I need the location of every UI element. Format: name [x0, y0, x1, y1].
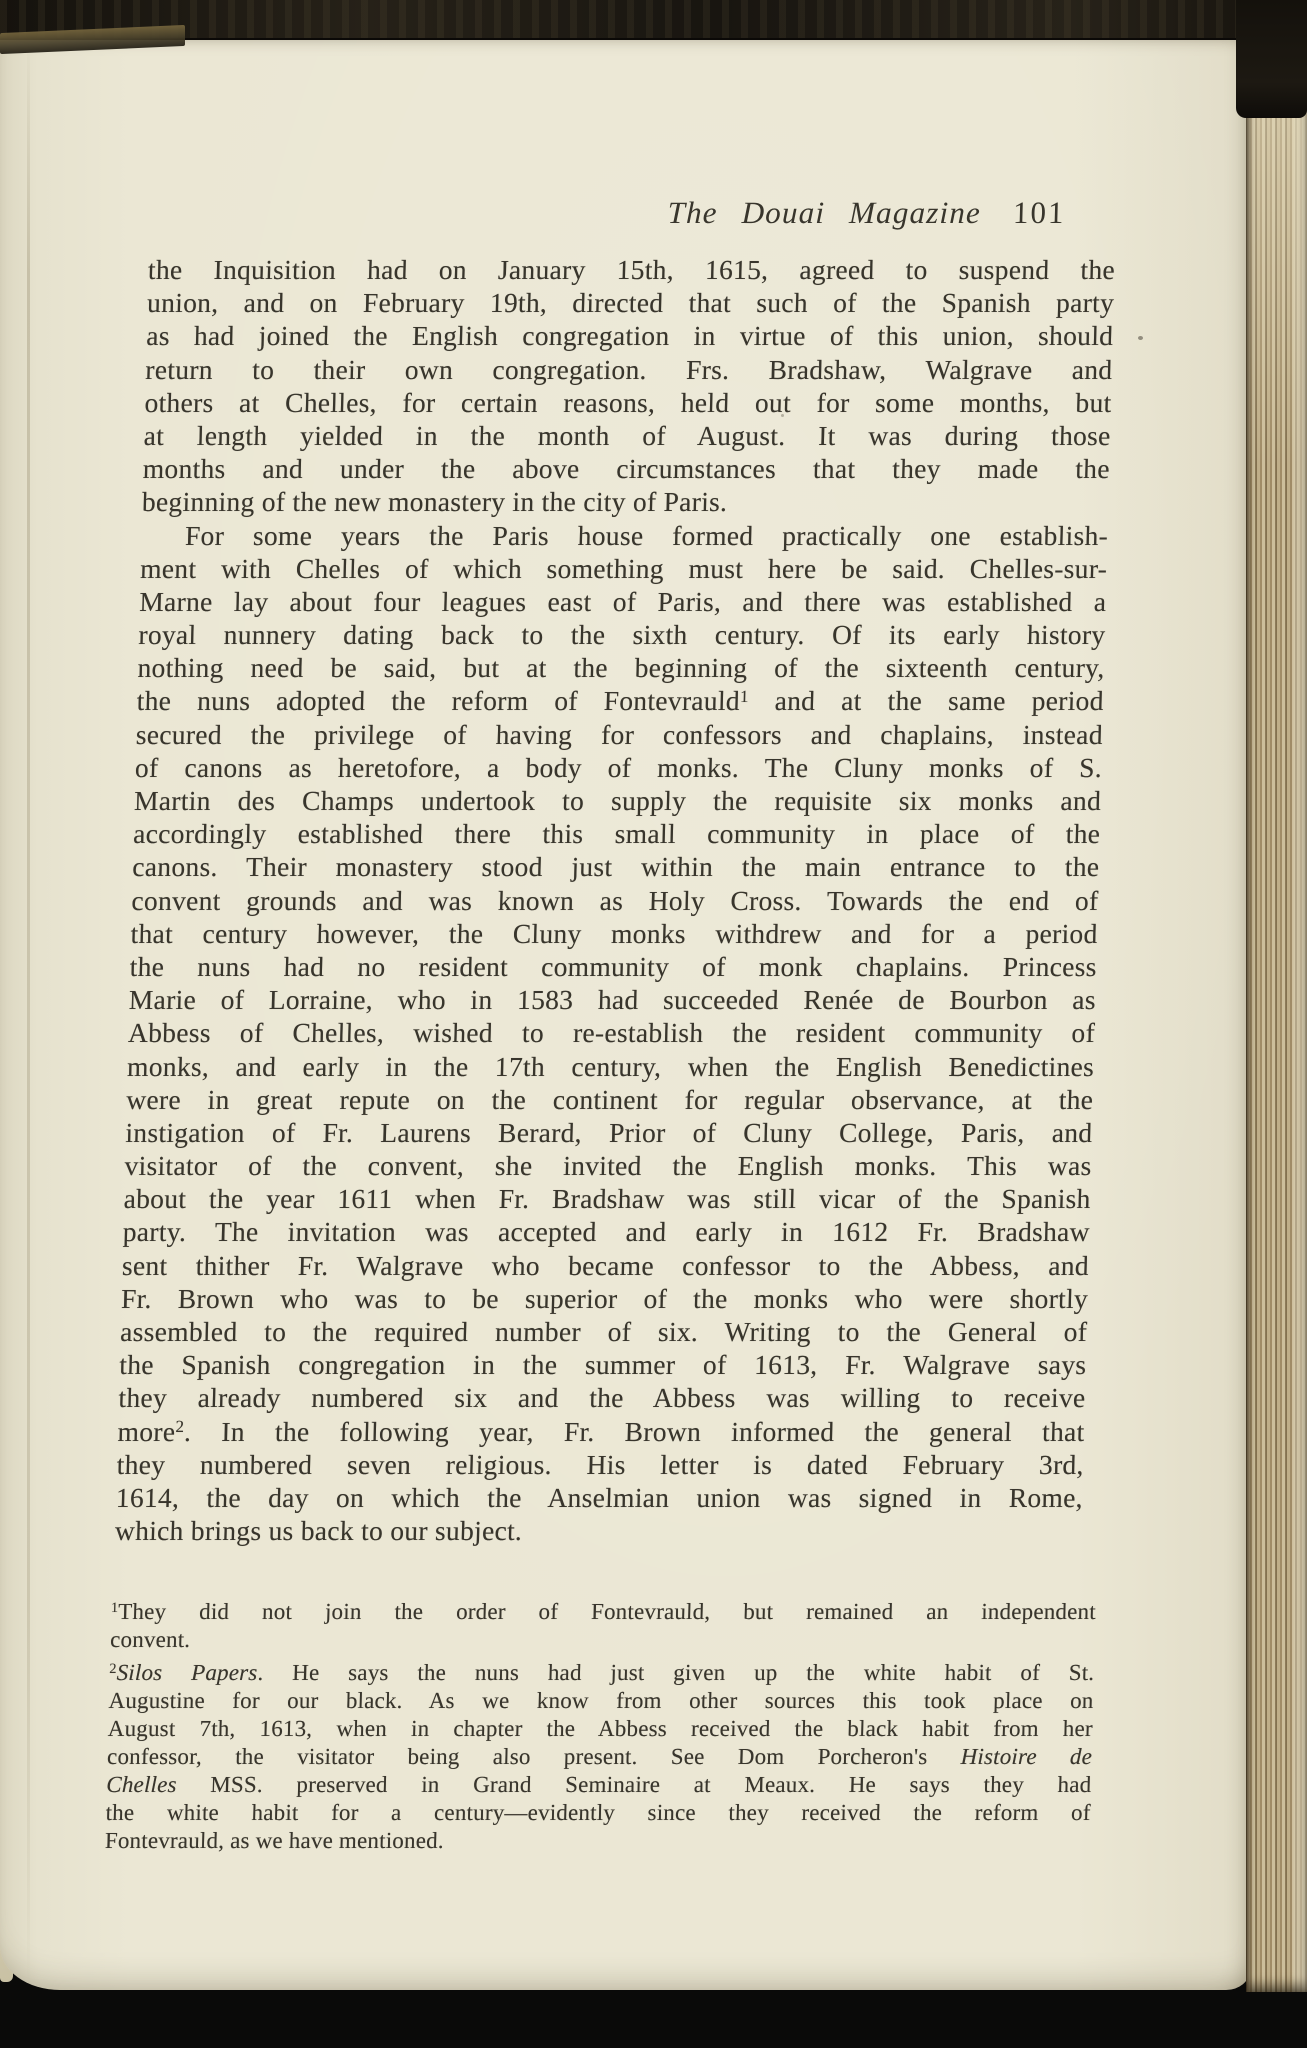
page-gutter-fold [27, 36, 30, 1990]
text-line: August 7th, 1613, when in chapter the Ab… [107, 1715, 1093, 1743]
text-line: they already numbered six and the Abbess… [118, 1381, 1086, 1414]
text-line: secured the privilege of having for conf… [135, 718, 1103, 751]
text-line: Augustine for our black. As we know from… [108, 1687, 1094, 1715]
text-line: Chelles MSS. preserved in Grand Seminair… [106, 1771, 1092, 1799]
text-line: the Inquisition had on January 15th, 161… [148, 253, 1116, 286]
text-line: visitator of the convent, she invited th… [124, 1149, 1092, 1182]
text-line: at length yielded in the month of August… [143, 419, 1111, 452]
footnotes: 1They did not join the order of Fontevra… [105, 1598, 1097, 1855]
text-line: Fontevrauld, as we have mentioned. [105, 1827, 1091, 1855]
text-line: 1614, the day on which the Anselmian uni… [115, 1481, 1083, 1514]
page-content: The Douai Magazine101 the Inquisition ha… [149, 195, 1117, 231]
text-line: convent. [110, 1626, 1096, 1654]
text-line: the white habit for a century—evidently … [105, 1799, 1091, 1827]
paragraph: For some years the Paris house formed pr… [115, 519, 1109, 1548]
text-line: as had joined the English congregation i… [146, 319, 1114, 352]
text-line: Marie of Lorraine, who in 1583 had succe… [128, 983, 1096, 1016]
text-line: Martin des Champs undertook to supply th… [134, 784, 1102, 817]
text-line: monks, and early in the 17th century, wh… [127, 1050, 1095, 1083]
book-fore-edge-pages [1246, 36, 1307, 1992]
text-line: assembled to the required number of six.… [120, 1315, 1088, 1348]
print-speck [1138, 336, 1143, 340]
body-text: the Inquisition had on January 15th, 161… [115, 253, 1116, 1547]
text-line: canons. Their monastery stood just withi… [132, 850, 1100, 883]
text-line: the nuns had no resident community of mo… [129, 950, 1097, 983]
text-line: 2Silos Papers. He says the nuns had just… [109, 1659, 1095, 1687]
text-line: that century however, the Cluny monks wi… [130, 917, 1098, 950]
running-header: The Douai Magazine101 [149, 195, 1066, 231]
footnote: 2Silos Papers. He says the nuns had just… [105, 1659, 1095, 1855]
text-line: royal nunnery dating back to the sixth c… [138, 618, 1106, 651]
text-line: 1They did not join the order of Fontevra… [111, 1598, 1097, 1626]
text-line: of canons as heretofore, a body of monks… [135, 751, 1103, 784]
text-line: they numbered seven religious. His lette… [116, 1448, 1084, 1481]
text-line: months and under the above circumstances… [142, 452, 1110, 485]
text-line: which brings us back to our subject. [115, 1514, 1083, 1547]
text-line: about the year 1611 when Fr. Bradshaw wa… [123, 1182, 1091, 1215]
text-line: the nuns adopted the reform of Fontevrau… [136, 684, 1104, 717]
text-line: more2. In the following year, Fr. Brown … [117, 1415, 1085, 1448]
text-line: sent thither Fr. Walgrave who became con… [122, 1249, 1090, 1282]
text-line: Abbess of Chelles, wished to re-establis… [128, 1016, 1096, 1049]
text-line: confessor, the visitator being also pres… [107, 1743, 1093, 1771]
book-cover-top-right-corner [1236, 0, 1307, 118]
text-line: others at Chelles, for certain reasons, … [144, 386, 1112, 419]
text-line: return to their own congregation. Frs. B… [145, 353, 1113, 386]
text-line: accordingly established there this small… [133, 817, 1101, 850]
text-line: nothing need be said, but at the beginni… [137, 651, 1105, 684]
text-line: convent grounds and was known as Holy Cr… [131, 884, 1099, 917]
paragraph: the Inquisition had on January 15th, 161… [142, 253, 1116, 519]
text-line: ment with Chelles of which something mus… [140, 552, 1108, 585]
text-line: were in great repute on the continent fo… [126, 1083, 1094, 1116]
footnote: 1They did not join the order of Fontevra… [110, 1598, 1096, 1654]
page-number: 101 [1013, 195, 1066, 230]
text-line: party. The invitation was accepted and e… [122, 1215, 1090, 1248]
book-cover-top-edge [0, 0, 1307, 40]
text-line: the Spanish congregation in the summer o… [119, 1348, 1087, 1381]
scanned-book-page: The Douai Magazine101 the Inquisition ha… [0, 0, 1307, 2048]
text-line: beginning of the new monastery in the ci… [142, 485, 1110, 518]
magazine-title: The Douai Magazine [667, 195, 981, 230]
text-line: Marne lay about four leagues east of Par… [139, 585, 1107, 618]
text-line: union, and on February 19th, directed th… [147, 286, 1115, 319]
text-line: instigation of Fr. Laurens Berard, Prior… [125, 1116, 1093, 1149]
text-line: Fr. Brown who was to be superior of the … [121, 1282, 1089, 1315]
text-line: For some years the Paris house formed pr… [141, 519, 1109, 552]
